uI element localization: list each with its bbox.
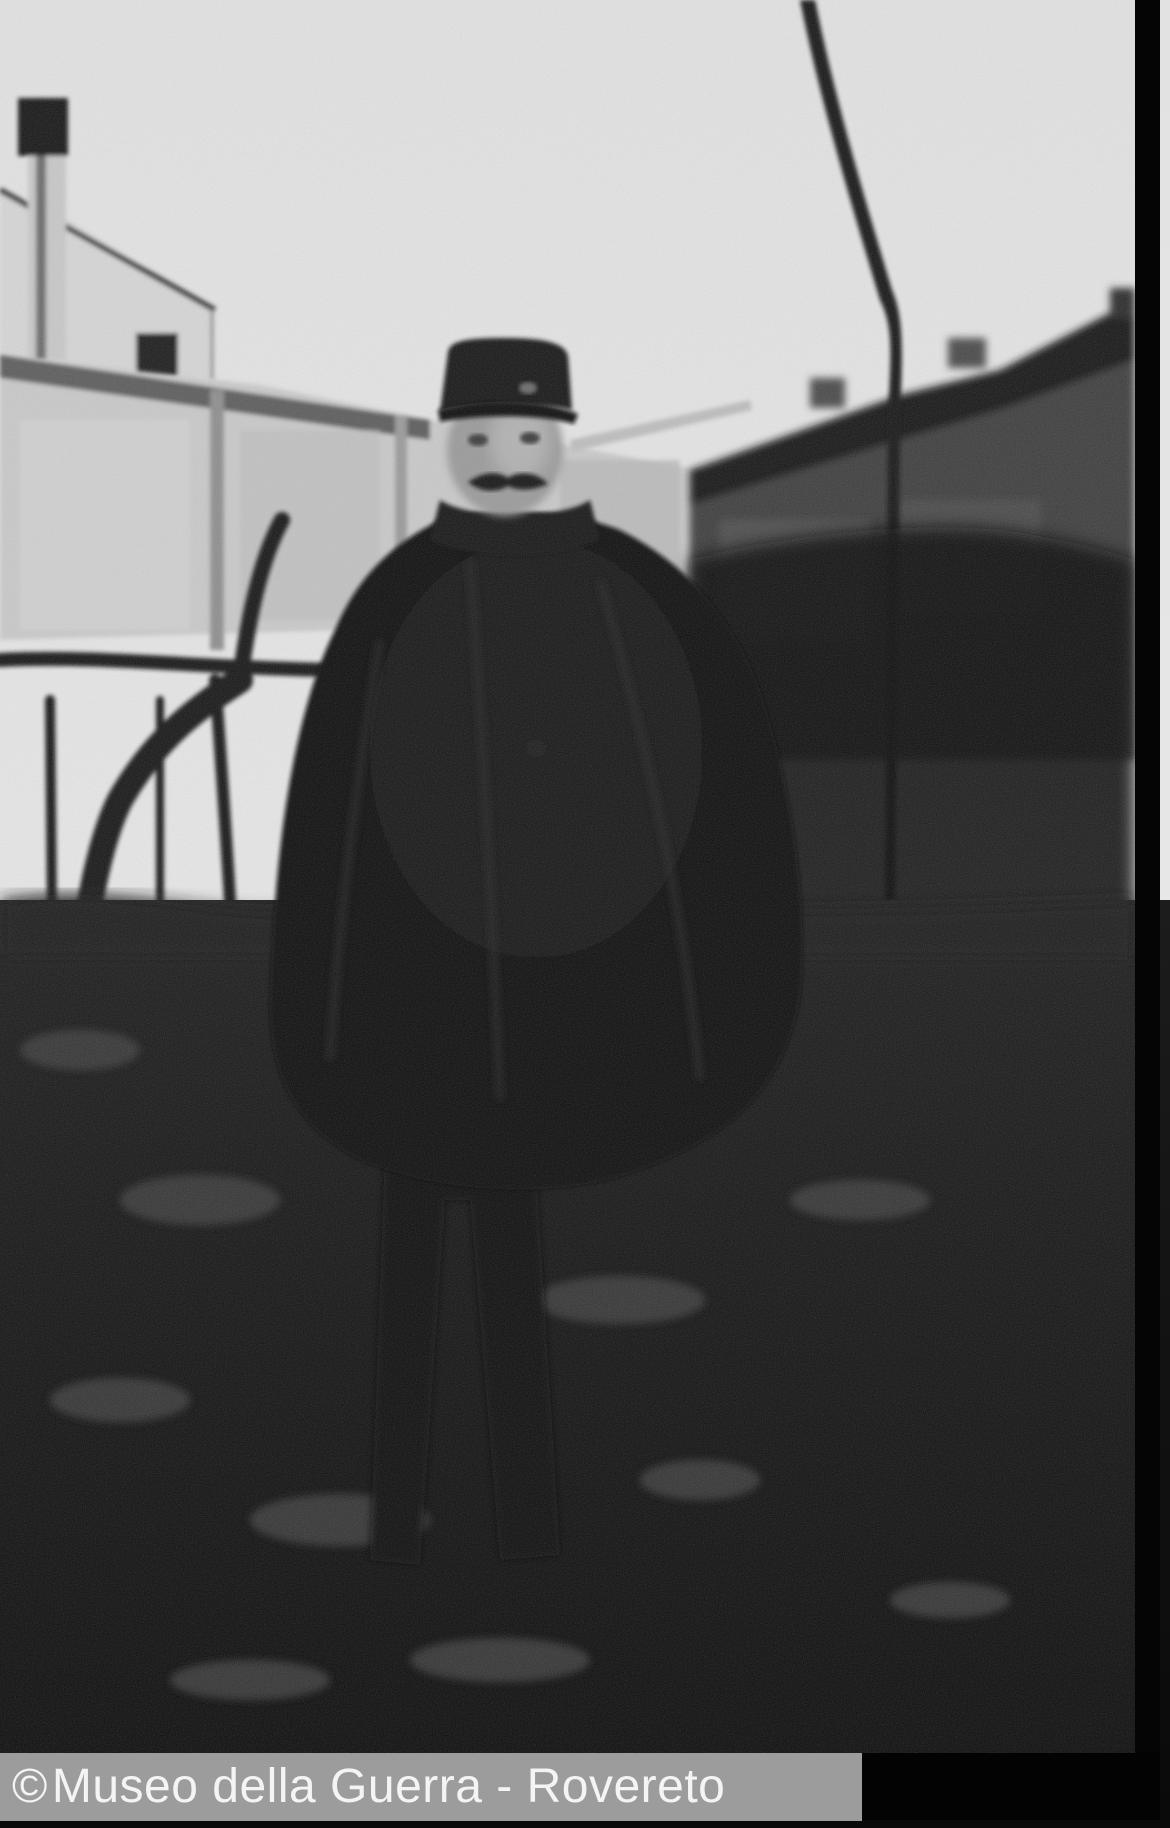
watermark-text: Museo della Guerra - Rovereto (52, 1763, 725, 1811)
film-grain (0, 0, 1135, 1820)
copyright-symbol: © (12, 1763, 48, 1811)
right-border (1135, 0, 1160, 1820)
bottom-border (862, 1753, 1160, 1820)
historical-photograph (0, 0, 1170, 1828)
copyright-watermark: © Museo della Guerra - Rovereto (0, 1753, 862, 1821)
